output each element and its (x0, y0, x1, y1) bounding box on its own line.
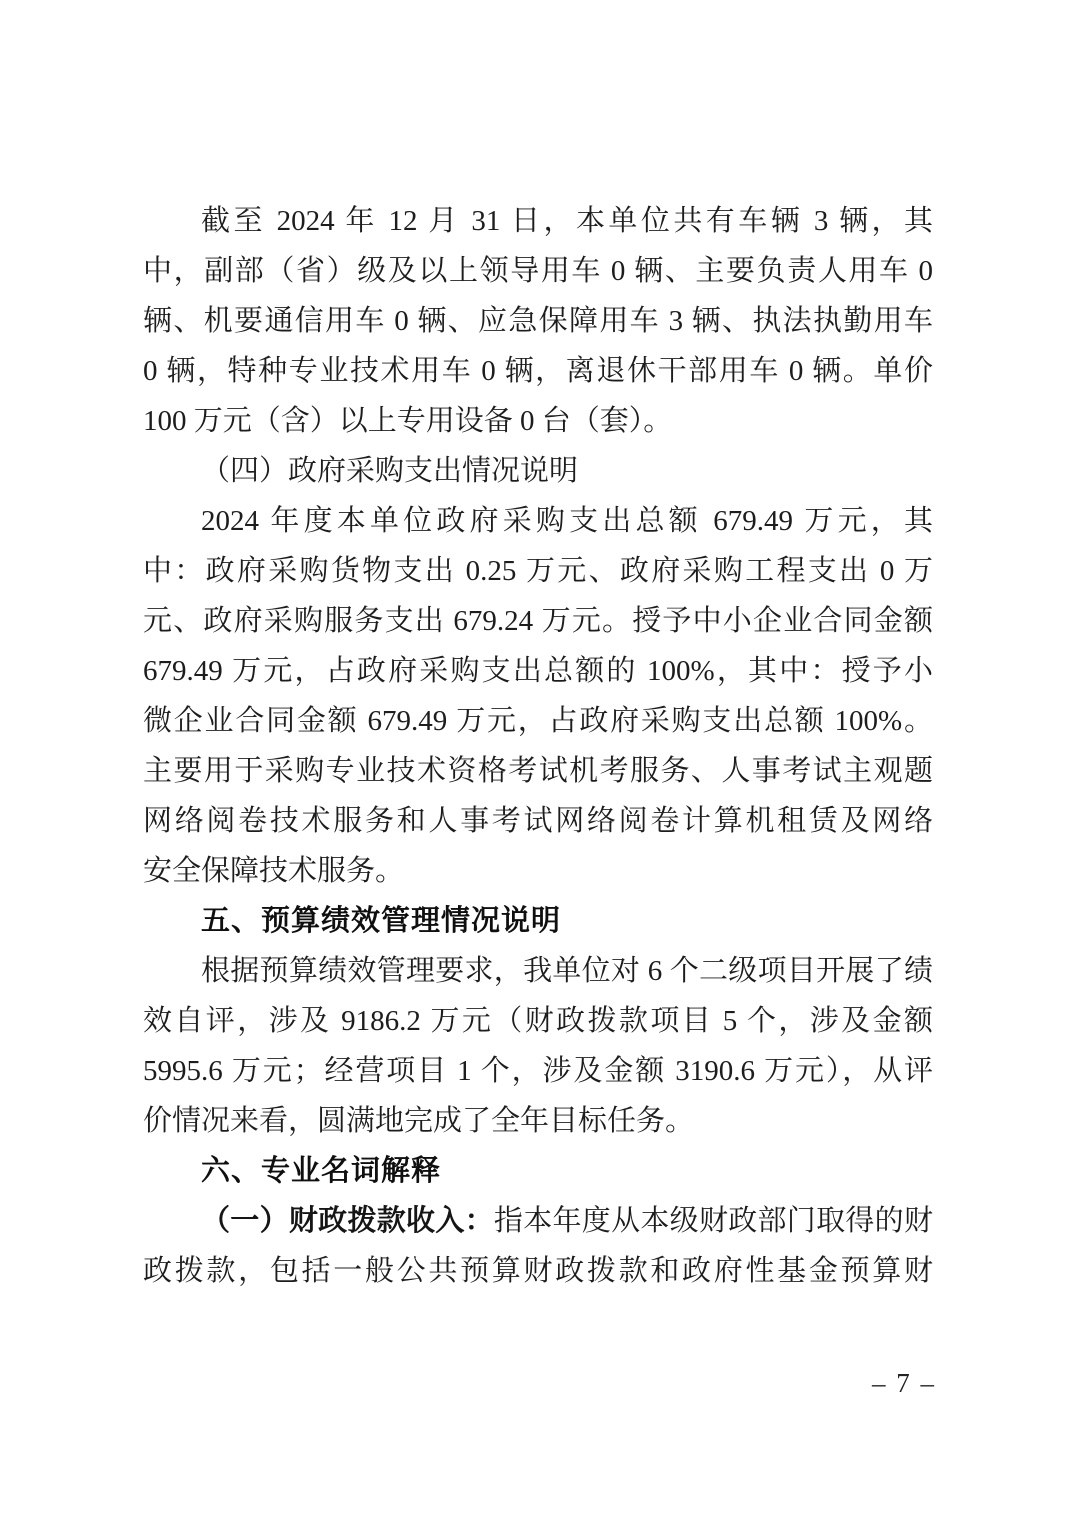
text-line: 0 辆，特种专业技术用车 0 辆，离退休干部用车 0 辆。单价 (143, 346, 933, 396)
text-line: 政拨款，包括一般公共预算财政拨款和政府性基金预算财 (143, 1246, 933, 1296)
term-label: （一）财政拨款收入： (201, 1205, 494, 1237)
text-line: （四）政府采购支出情况说明 (143, 446, 933, 496)
section-heading: 六、专业名词解释 (143, 1146, 933, 1196)
text-line: 100 万元（含）以上专用设备 0 台（套）。 (143, 396, 933, 446)
text-line: 效自评，涉及 9186.2 万元（财政拨款项目 5 个，涉及金额 (143, 996, 933, 1046)
text-line: 中：政府采购货物支出 0.25 万元、政府采购工程支出 0 万 (143, 546, 933, 596)
text-line: 辆、机要通信用车 0 辆、应急保障用车 3 辆、执法执勤用车 (143, 296, 933, 346)
document-page: 截至 2024 年 12 月 31 日，本单位共有车辆 3 辆，其中，副部（省）… (0, 0, 1074, 1520)
page-number: – 7 – (872, 1368, 936, 1398)
text-line: 价情况来看，圆满地完成了全年目标任务。 (143, 1096, 933, 1146)
text-line: 元、政府采购服务支出 679.24 万元。授予中小企业合同金额 (143, 596, 933, 646)
text-line: 2024 年度本单位政府采购支出总额 679.49 万元，其 (143, 496, 933, 546)
text-line: 679.49 万元，占政府采购支出总额的 100%，其中：授予小 (143, 646, 933, 696)
text-line: 主要用于采购专业技术资格考试机考服务、人事考试主观题 (143, 746, 933, 796)
text-line: 截至 2024 年 12 月 31 日，本单位共有车辆 3 辆，其 (143, 196, 933, 246)
text-line: （一）财政拨款收入：指本年度从本级财政部门取得的财 (143, 1196, 933, 1246)
section-heading: 五、预算绩效管理情况说明 (143, 896, 933, 946)
text-line: 中，副部（省）级及以上领导用车 0 辆、主要负责人用车 0 (143, 246, 933, 296)
text-line: 微企业合同金额 679.49 万元，占政府采购支出总额 100%。 (143, 696, 933, 746)
text-line: 5995.6 万元；经营项目 1 个，涉及金额 3190.6 万元），从评 (143, 1046, 933, 1096)
text-line: 网络阅卷技术服务和人事考试网络阅卷计算机租赁及网络 (143, 796, 933, 846)
text-line: 安全保障技术服务。 (143, 846, 933, 896)
document-body: 截至 2024 年 12 月 31 日，本单位共有车辆 3 辆，其中，副部（省）… (143, 196, 933, 1296)
text-line: 根据预算绩效管理要求，我单位对 6 个二级项目开展了绩 (143, 946, 933, 996)
